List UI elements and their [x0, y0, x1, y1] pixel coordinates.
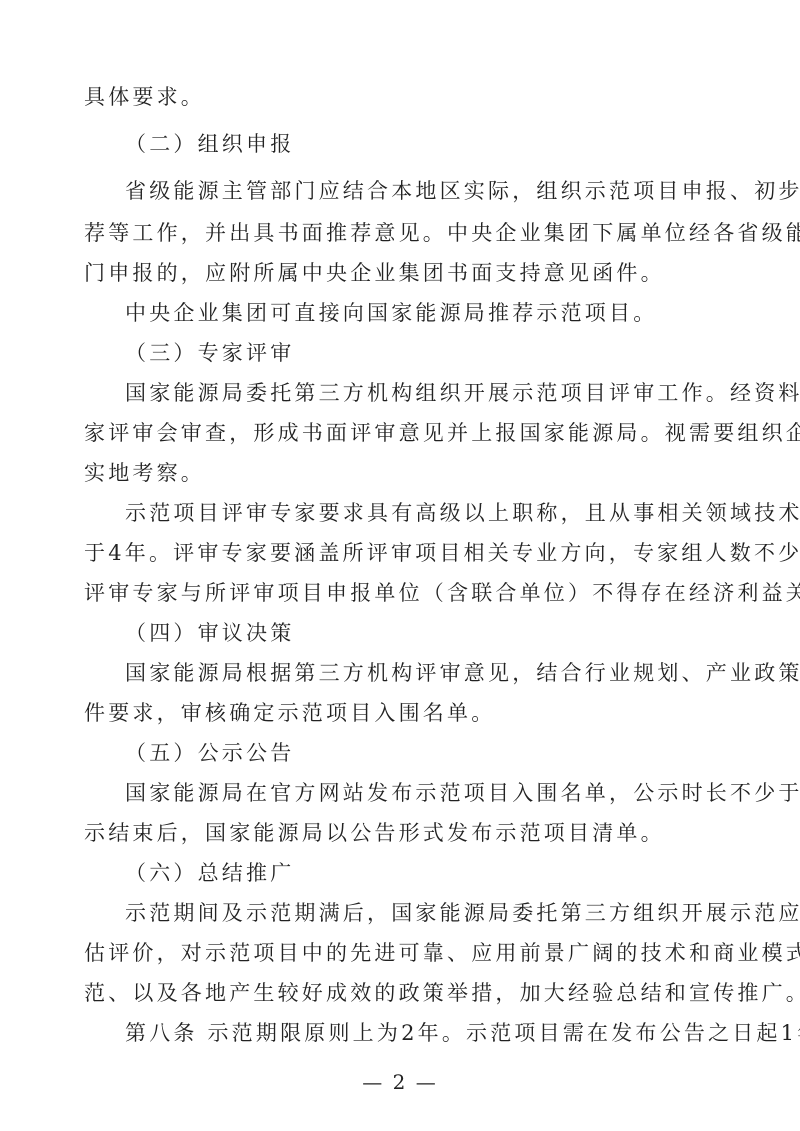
document-page: 具体要求。 （二）组织申报 省级能源主管部门应结合本地区实际，组织示范项目申报、… [0, 0, 800, 1131]
section-heading: （二）组织申报 [125, 129, 775, 159]
paragraph-line: 具体要求。 [84, 82, 734, 112]
paragraph-line: 中央企业集团可直接向国家能源局推荐示范项目。 [125, 298, 775, 328]
paragraph-line: 示结束后，国家能源局以公告形式发布示范项目清单。 [84, 818, 734, 848]
paragraph-line: 实地考察。 [84, 458, 734, 488]
article-line: 第八条 示范期限原则上为2年。示范项目需在发布公告之日起1年内投产。 [125, 1018, 775, 1048]
paragraph-line: 国家能源局根据第三方机构评审意见，结合行业规划、产业政策等有关文 [125, 658, 775, 688]
paragraph-line: 门申报的，应附所属中央企业集团书面支持意见函件。 [84, 258, 734, 288]
paragraph-line: 国家能源局委托第三方机构组织开展示范项目评审工作。经资料初审、专 [125, 378, 775, 408]
paragraph-line: 于4年。评审专家要涵盖所评审项目相关专业方向，专家组人数不少于7人。 [84, 538, 734, 568]
paragraph-line: 荐等工作，并出具书面推荐意见。中央企业集团下属单位经各省级能源主管部 [84, 218, 734, 248]
page-number: — 2 — [0, 1070, 800, 1094]
section-heading: （三）专家评审 [125, 338, 775, 368]
paragraph-line: 件要求，审核确定示范项目入围名单。 [84, 698, 734, 728]
paragraph-line: 估评价，对示范项目中的先进可靠、应用前景广阔的技术和商业模式、标准规 [84, 938, 734, 968]
paragraph-line: 示范期间及示范期满后，国家能源局委托第三方组织开展示范应用效果评 [125, 898, 775, 928]
paragraph-line: 范、以及各地产生较好成效的政策举措，加大经验总结和宣传推广。 [84, 978, 734, 1008]
section-heading: （六）总结推广 [125, 858, 775, 888]
section-heading: （五）公示公告 [125, 738, 775, 768]
paragraph-line: 家评审会审查，形成书面评审意见并上报国家能源局。视需要组织企业答辩或 [84, 418, 734, 448]
paragraph-line: 示范项目评审专家要求具有高级以上职称，且从事相关领域技术工作不少 [125, 498, 775, 528]
paragraph-line: 评审专家与所评审项目申报单位（含联合单位）不得存在经济利益关系。 [84, 578, 734, 608]
paragraph-line: 国家能源局在官方网站发布示范项目入围名单，公示时长不少于7天。公 [125, 778, 775, 808]
paragraph-line: 省级能源主管部门应结合本地区实际，组织示范项目申报、初步审核、推 [125, 176, 775, 206]
section-heading: （四）审议决策 [125, 618, 775, 648]
